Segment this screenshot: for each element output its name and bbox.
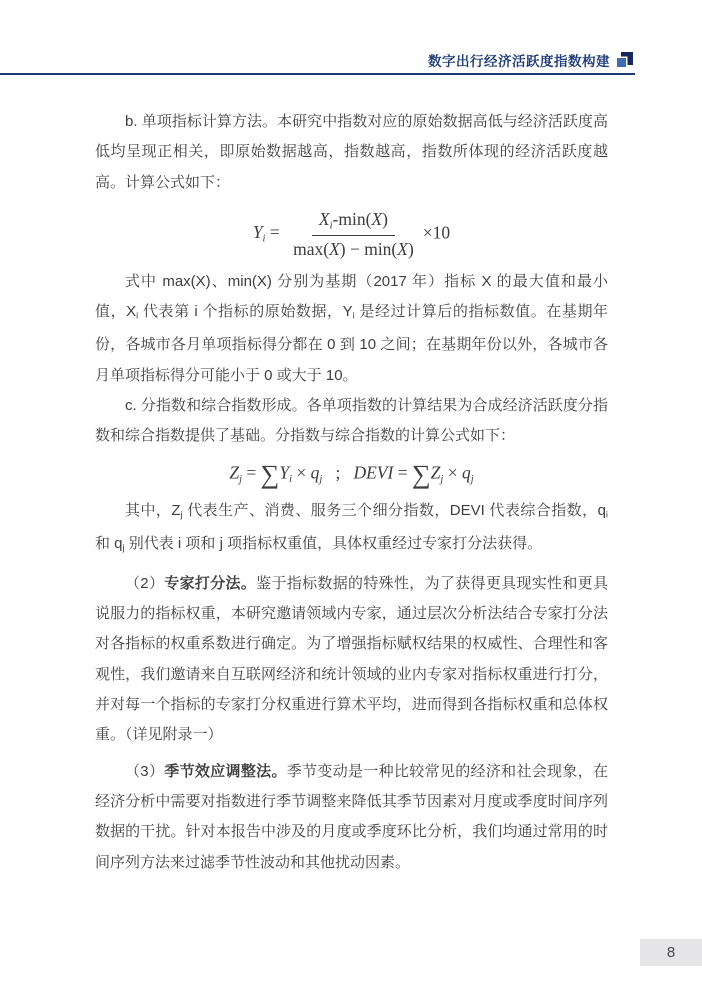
page-number: 8 (667, 944, 675, 961)
fraction: Xi-min(X)max(X) − min(X) (286, 209, 421, 260)
running-header: 数字出行经济活跃度指数构建 (0, 51, 633, 69)
document-page: 数字出行经济活跃度指数构建 b. 单项指标计算方法。本研究中指数对应的原始数据高… (0, 0, 702, 1005)
paragraph-expert-scoring: （2）专家打分法。鉴于指标数据的特殊性，为了获得更具现实性和更具说服力的指标权重… (95, 569, 608, 751)
header-rule (0, 73, 635, 75)
paragraph-formula-explanation: 式中 max(X)、min(X) 分别为基期（2017 年）指标 X 的最大值和… (95, 267, 608, 392)
paragraph-subindex-method: c. 分指数和综合指数形成。各单项指数的计算结果为合成经济活跃度分指数和综合指数… (95, 391, 608, 452)
fraction-numerator: Xi-min(X) (312, 209, 395, 236)
icon-light-square (617, 58, 626, 67)
formula-normalization: Yi = Xi-min(X)max(X) − min(X)×10 (95, 209, 608, 260)
paragraph-single-indicator-method: b. 单项指标计算方法。本研究中指数对应的原始数据高低与经济活跃度高低均呈现正相… (95, 107, 608, 198)
page-number-badge: 8 (640, 939, 702, 966)
running-header-title: 数字出行经济活跃度指数构建 (428, 50, 610, 70)
fraction-denominator: max(X) − min(X) (286, 236, 421, 260)
paragraph-seasonal-adjustment: （3）季节效应调整法。季节变动是一种比较常见的经济和社会现象，在经济分析中需要对… (95, 757, 608, 878)
formula-subindex-composite: Zj = ∑Yi × qj ; DEVI = ∑Zj × qj (95, 460, 608, 490)
overlapping-squares-icon (617, 52, 633, 69)
paragraph-weights-explanation: 其中，Zj 代表生产、消费、服务三个细分指数，DEVI 代表综合指数，qi 和 … (95, 496, 608, 563)
page-body: b. 单项指标计算方法。本研究中指数对应的原始数据高低与经济活跃度高低均呈现正相… (95, 107, 608, 878)
formula-multiplier: ×10 (423, 222, 450, 242)
formula-lhs: Yi = (253, 222, 284, 242)
